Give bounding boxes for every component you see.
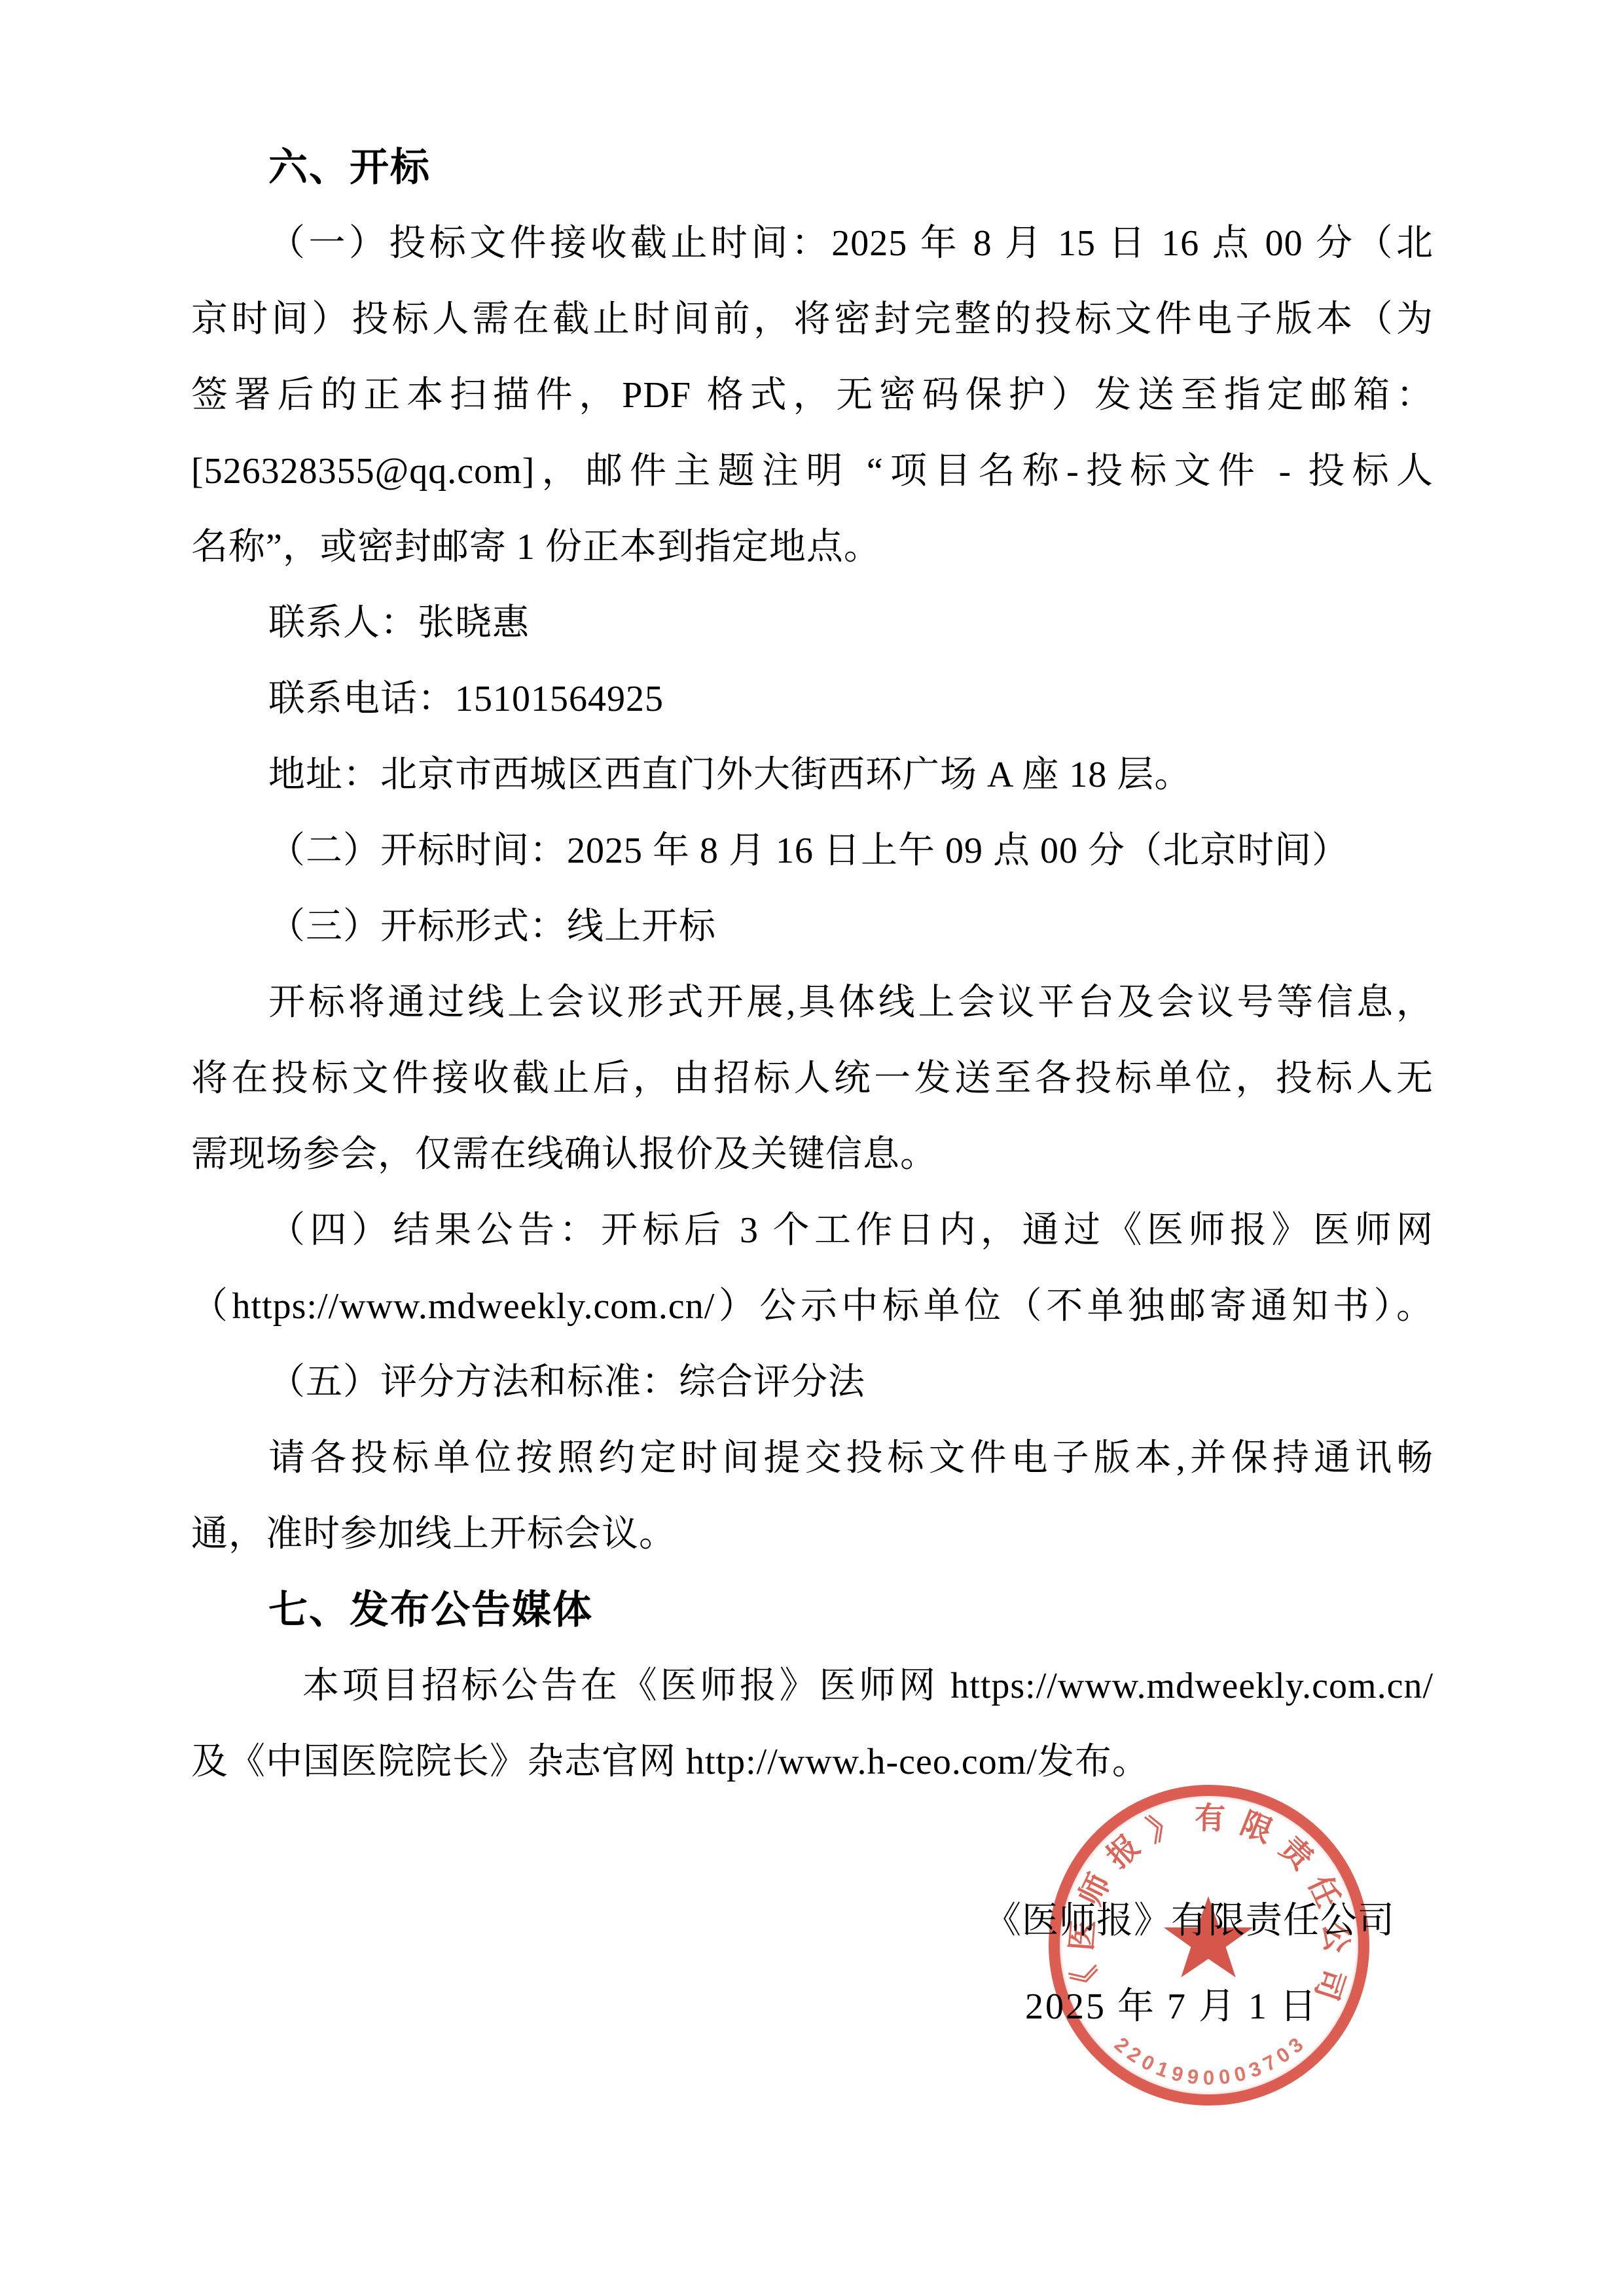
document-body: 六、开标 （一）投标文件接收截止时间：2025 年 8 月 15 日 16 点 … — [191, 130, 1434, 1800]
seal-ring-char: 责 — [1273, 1831, 1320, 1877]
contact-name-line: 联系人：张晓惠 — [191, 585, 1434, 661]
text-line: （五）评分方法和标准：综合评分法 — [191, 1344, 1434, 1420]
seal-serial-digit: 0 — [1228, 2061, 1252, 2087]
text-line: 签署后的正本扫描件，PDF 格式，无密码保护）发送至指定邮箱： — [191, 357, 1434, 433]
seal-serial-digit: 3 — [1242, 2056, 1269, 2083]
text-line: 本项目招标公告在《医师报》医师网 https://www.mdweekly.co… — [191, 1648, 1434, 1724]
seal-ring-char: 有 — [1193, 1803, 1226, 1835]
text-line: 通，准时参加线上开标会议。 — [191, 1496, 1434, 1572]
seal-serial-digit: 0 — [1269, 2041, 1298, 2070]
text-line: （四）结果公告：开标后 3 个工作日内，通过《医师报》医师网 — [191, 1193, 1434, 1268]
seal-serial-digit: 0 — [1134, 2049, 1161, 2077]
text-line: （二）开标时间：2025 年 8 月 16 日上午 09 点 00 分（北京时间… — [191, 813, 1434, 889]
seal-serial-digit: 7 — [1256, 2049, 1284, 2078]
seal-serial-digit: 9 — [1165, 2061, 1189, 2087]
contact-phone-line: 联系电话：15101564925 — [191, 661, 1434, 737]
signature-company-name: 《医师报》有限责任公司 — [984, 1883, 1395, 1959]
text-line: 将在投标文件接收截止后，由招标人统一发送至各投标单位，投标人无 — [191, 1041, 1434, 1117]
text-line: 需现场参会，仅需在线确认报价及关键信息。 — [191, 1117, 1434, 1193]
text-line: 名称”，或密封邮寄 1 份正本到指定地点。 — [191, 509, 1434, 585]
text-line: 及《中国医院院长》杂志官网 http://www.h-ceo.com/发布。 — [191, 1724, 1434, 1800]
text-line: 京时间）投标人需在截止时间前，将密封完整的投标文件电子版本（为 — [191, 281, 1434, 357]
section-heading-announcement-media: 七、发布公告媒体 — [191, 1572, 1434, 1648]
text-line: 开标将通过线上会议形式开展,具体线上会议平台及会议号等信息， — [191, 965, 1434, 1041]
seal-ring-char: 报 — [1100, 1829, 1147, 1875]
section-heading-bid-opening: 六、开标 — [191, 130, 1434, 206]
address-line: 地址：北京市西城区西直门外大街西环广场 A 座 18 层。 — [191, 737, 1434, 813]
text-line: （三）开标形式：线上开标 — [191, 889, 1434, 965]
seal-ring-char: 》 — [1143, 1806, 1185, 1849]
text-line: 请各投标单位按照约定时间提交投标文件电子版本,并保持通讯畅 — [191, 1420, 1434, 1496]
seal-ring-char: 限 — [1235, 1807, 1278, 1850]
signature-date: 2025 年 7 月 1 日 — [1025, 1969, 1318, 2045]
document-page: 六、开标 （一）投标文件接收截止时间：2025 年 8 月 15 日 16 点 … — [0, 0, 1624, 2296]
seal-serial-digit: 9 — [1182, 2065, 1204, 2089]
text-line: （https://www.mdweekly.com.cn/）公示中标单位（不单独… — [191, 1268, 1434, 1344]
seal-serial-digit: 1 — [1149, 2056, 1176, 2083]
text-line: （一）投标文件接收截止时间：2025 年 8 月 15 日 16 点 00 分（… — [191, 206, 1434, 281]
text-line: [526328355@qq.com]，邮件主题注明 “项目名称-投标文件 - 投… — [191, 433, 1434, 509]
seal-serial-digit: 2 — [1120, 2040, 1149, 2070]
seal-serial-digit: 0 — [1199, 2067, 1219, 2089]
seal-serial-digit: 0 — [1214, 2065, 1236, 2089]
